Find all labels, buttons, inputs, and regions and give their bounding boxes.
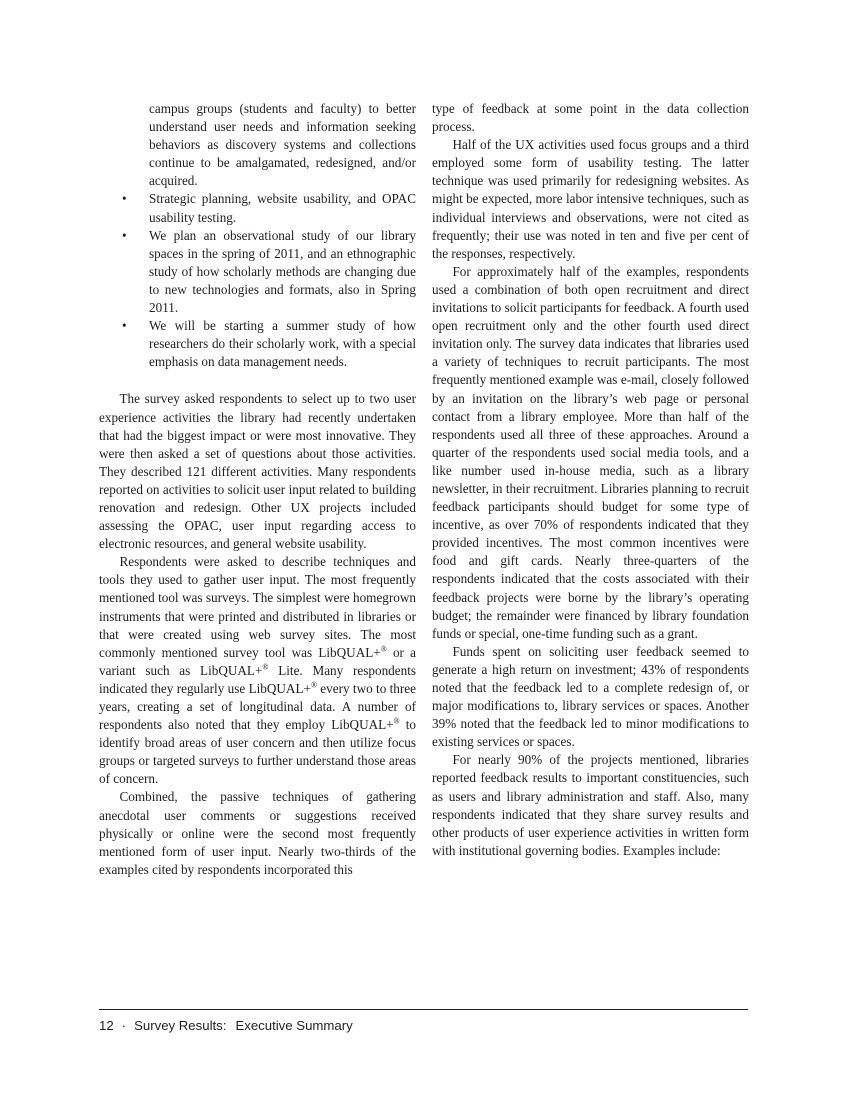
section-gap — [99, 371, 416, 390]
bullet-item: • Strategic planning, website usability,… — [149, 190, 416, 226]
footer-separator-dot: · — [122, 1018, 126, 1033]
continuation-paragraph: type of feedback at some point in the da… — [432, 100, 749, 136]
left-column: campus groups (students and faculty) to … — [99, 100, 416, 879]
bullet-item-text: We will be starting a summer study of ho… — [149, 318, 416, 369]
body-paragraph: Respondents were asked to describe techn… — [99, 553, 416, 788]
right-column: type of feedback at some point in the da… — [432, 100, 749, 879]
footer-page-number: 12 — [99, 1018, 114, 1033]
page-footer: 12·Survey Results:Executive Summary — [99, 1009, 748, 1033]
body-paragraph: Combined, the passive techniques of gath… — [99, 788, 416, 878]
bullet-item-text: We plan an observational study of our li… — [149, 228, 416, 315]
page-body: campus groups (students and faculty) to … — [99, 100, 749, 879]
bullet-item: • We will be starting a summer study of … — [149, 317, 416, 371]
footer-title: Executive Summary — [235, 1018, 352, 1033]
bullet-item-text: Strategic planning, website usability, a… — [149, 191, 416, 224]
bullet-icon: • — [122, 190, 127, 208]
list-continuation-paragraph: campus groups (students and faculty) to … — [149, 100, 416, 190]
body-paragraph: For nearly 90% of the projects mentioned… — [432, 751, 749, 860]
document-page: { "page": { "left_column": { "list": { "… — [0, 0, 849, 1100]
body-paragraph: The survey asked respondents to select u… — [99, 390, 416, 553]
bullet-list: • Strategic planning, website usability,… — [99, 190, 416, 371]
body-paragraph: For approximately half of the examples, … — [432, 263, 749, 643]
bullet-item: • We plan an observational study of our … — [149, 227, 416, 317]
bullet-icon: • — [122, 227, 127, 245]
bullet-icon: • — [122, 317, 127, 335]
body-paragraph: Funds spent on soliciting user feedback … — [432, 643, 749, 752]
body-paragraph: Half of the UX activities used focus gro… — [432, 136, 749, 263]
footer-section-label: Survey Results: — [134, 1018, 226, 1033]
